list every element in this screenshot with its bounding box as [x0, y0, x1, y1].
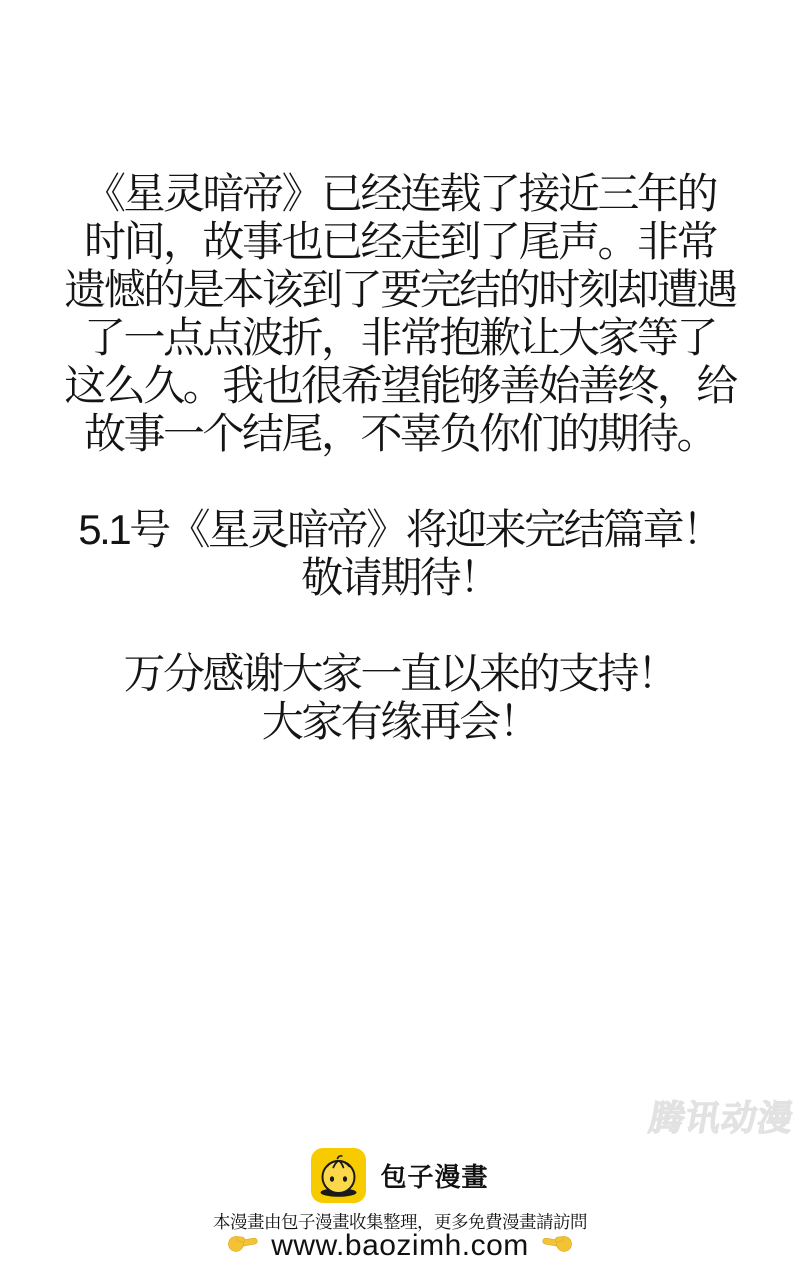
announcement-paragraph-2: 5.1号《星灵暗帝》将迎来完结篇章！ 敬请期待！ — [0, 506, 800, 602]
announcement-line: 这么久。我也很希望能够善始善终，给 — [0, 362, 800, 410]
announcement-line: 《星灵暗帝》已经连载了接近三年的 — [0, 170, 800, 218]
announcement-line: 敬请期待！ — [0, 554, 800, 602]
announcement-line: 大家有缘再会！ — [0, 698, 800, 746]
announcement-line: 时间，故事也已经走到了尾声。非常 — [0, 218, 800, 266]
website-url[interactable]: www.baozimh.com — [271, 1229, 529, 1263]
baozi-brand-row: 包子漫畫 — [0, 1146, 800, 1204]
announcement-line: 遗憾的是本该到了要完结的时刻却遭遇 — [0, 266, 800, 314]
pointing-left-hand-icon — [539, 1229, 576, 1263]
brand-name: 包子漫畫 — [380, 1157, 488, 1194]
announcement-line: 了一点点波折，非常抱歉让大家等了 — [0, 314, 800, 362]
pointing-right-hand-icon — [225, 1229, 262, 1263]
announcement-paragraph-1: 《星灵暗帝》已经连载了接近三年的 时间，故事也已经走到了尾声。非常 遗憾的是本该… — [0, 170, 800, 458]
baozi-bun-logo-icon — [311, 1148, 366, 1203]
website-link-row[interactable]: www.baozimh.com — [0, 1229, 800, 1263]
announcement-line: 5.1号《星灵暗帝》将迎来完结篇章！ — [0, 506, 800, 554]
announcement-line: 故事一个结尾，不辜负你们的期待。 — [0, 410, 800, 458]
announcement-paragraph-3: 万分感谢大家一直以来的支持！ 大家有缘再会！ — [0, 650, 800, 746]
announcement-line: 万分感谢大家一直以来的支持！ — [0, 650, 800, 698]
tencent-comics-watermark: 腾讯动漫 — [646, 1091, 799, 1141]
announcement-text-block: 《星灵暗帝》已经连载了接近三年的 时间，故事也已经走到了尾声。非常 遗憾的是本该… — [0, 170, 800, 794]
comic-announcement-page: 《星灵暗帝》已经连载了接近三年的 时间，故事也已经走到了尾声。非常 遗憾的是本该… — [0, 0, 800, 1277]
